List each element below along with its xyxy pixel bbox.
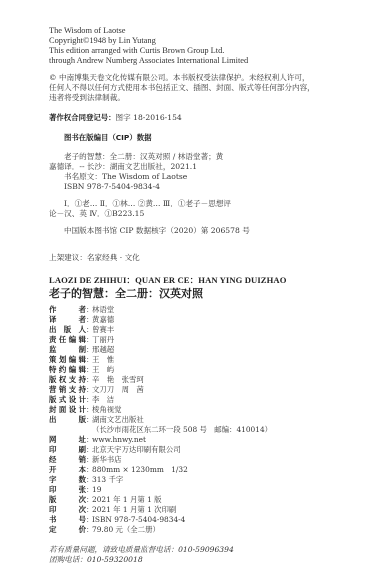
copyright-notice-line: 违者将受到法律制裁。 — [49, 93, 125, 103]
credit-row-translator: 译 者：黄嘉德 — [49, 315, 114, 325]
credit-label: 经 销 — [49, 455, 86, 465]
credit-row-publishing-house: 出 版：湖南文艺出版社 — [49, 415, 144, 425]
credit-row-price: 定 价：79.80 元（全二册） — [49, 525, 160, 535]
credit-value: 曾赛丰 — [92, 325, 114, 335]
credit-row-supervisor: 监 制：邢越超 — [49, 345, 114, 355]
credit-value: 2021 年 1 月第 1 版 — [92, 495, 162, 505]
title-chinese: 老子的智慧：全二册：汉英对照 — [49, 285, 203, 301]
credit-label: 书 号 — [49, 515, 86, 525]
credit-label: 封面设计 — [49, 405, 86, 415]
credit-value: 313 千字 — [92, 475, 123, 485]
credit-label: 印 次 — [49, 505, 86, 515]
credit-row-author: 作 者：林语堂 — [49, 305, 114, 315]
registration-label: 著作权合同登记号： — [49, 113, 116, 122]
english-arrangement-line: This edition arranged with Curtis Brown … — [49, 46, 224, 56]
cip-line: 嘉德译．-- 长沙：湖南文艺出版社，2021.1 — [49, 162, 197, 172]
credit-label: 监 制 — [49, 345, 86, 355]
copyright-notice-line: 任何人不得以任何方式使用本书包括正文、插图、封面、版式等任何部分内容， — [49, 83, 315, 93]
credit-row-layout-design: 版式设计：李 洁 — [49, 395, 114, 405]
credit-label — [49, 425, 86, 435]
credit-label: 作 者 — [49, 305, 86, 315]
credit-label: 版权支持 — [49, 375, 86, 385]
cip-classification-line: 论－汉、英 Ⅳ．①B223.15 — [49, 209, 144, 219]
credit-row-format: 开 本：880mm × 1230mm 1/32 — [49, 465, 188, 475]
credit-value: 辛 艳 张雪珂 — [92, 375, 144, 385]
group-purchase-phone: 团购电话：010-59320018 — [49, 555, 143, 565]
credit-row-printer: 印 刷：北京天宇万达印刷有限公司 — [49, 445, 181, 455]
copyright-notice-line: © 中南博集天卷文化传媒有限公司。本书版权受法律保护。未经权利人许可， — [49, 73, 310, 83]
quality-hotline: 若有质量问题，请致电质量监督电话：010-59096394 — [49, 545, 234, 555]
registration-line: 著作权合同登记号：图字 18-2016-154 — [49, 113, 182, 123]
credit-label: 特约编辑 — [49, 365, 86, 375]
credit-label: 译 者 — [49, 315, 86, 325]
credit-label: 开 本 — [49, 465, 86, 475]
credit-value: 文刀刀 周 茜 — [92, 385, 144, 395]
credit-value: 79.80 元（全二册） — [92, 525, 160, 535]
credit-value: 邢越超 — [92, 345, 114, 355]
credit-value: www.hnwy.net — [92, 435, 146, 445]
credit-value: 北京天宇万达印刷有限公司 — [92, 445, 181, 455]
credit-label: 字 数 — [49, 475, 86, 485]
credit-value: 林语堂 — [92, 305, 114, 315]
credit-value: （长沙市雨花区东二环一段 508 号 邮编：410014） — [92, 425, 272, 435]
credit-value: 棱角视觉 — [92, 405, 122, 415]
credit-label: 出 版 — [49, 415, 86, 425]
credit-label: 网 址 — [49, 435, 86, 445]
credit-row-rights-support: 版权支持：辛 艳 张雪珂 — [49, 375, 144, 385]
credit-row-editor: 责任编辑：丁丽丹 — [49, 335, 114, 345]
credit-value: 王 屿 — [92, 365, 114, 375]
credit-value: 李 洁 — [92, 395, 114, 405]
credit-row-distributor: 经 销：新华书店 — [49, 455, 122, 465]
credit-value: 19 — [92, 485, 101, 495]
credit-value: 湖南文艺出版社 — [92, 415, 144, 425]
cip-line: 老子的智慧：全二册：汉英对照 / 林语堂著；黄 — [64, 152, 223, 162]
cip-line: 书名原文：The Wisdom of Laotse — [64, 172, 187, 182]
credit-label: 版 次 — [49, 495, 86, 505]
registration-value: 图字 18-2016-154 — [116, 113, 182, 122]
credit-row-planning-editor: 策划编辑：王 惟 — [49, 355, 114, 365]
cip-library-record: 中国版本图书馆 CIP 数据核字（2020）第 206578 号 — [64, 226, 250, 236]
credit-value: 黄嘉德 — [92, 315, 114, 325]
credit-label: 定 价 — [49, 525, 86, 535]
credit-label: 出 版 人 — [49, 325, 86, 335]
credit-label: 印 刷 — [49, 445, 86, 455]
credit-row-publisher: 出 版 人：曾赛丰 — [49, 325, 114, 335]
credit-row-edition: 版 次：2021 年 1 月第 1 版 — [49, 495, 162, 505]
credit-value: ISBN 978-7-5404-9834-4 — [92, 515, 185, 525]
english-copyright-line: Copyright©1948 by Lin Yutang — [49, 36, 156, 46]
english-agency-line: through Andrew Numberg Associates Intern… — [49, 56, 248, 66]
credit-value: 880mm × 1230mm 1/32 — [92, 465, 188, 475]
credit-value: 2021 年 1 月第 1 次印刷 — [92, 505, 176, 515]
credit-row-contract-editor: 特约编辑：王 屿 — [49, 365, 114, 375]
credit-row-printing: 印 次：2021 年 1 月第 1 次印刷 — [49, 505, 176, 515]
credit-row-sheets: 印 张：19 — [49, 485, 101, 495]
credit-row-website: 网 址：www.hnwy.net — [49, 435, 146, 445]
credit-row-isbn: 书 号：ISBN 978-7-5404-9834-4 — [49, 515, 185, 525]
credit-value: 王 惟 — [92, 355, 114, 365]
credit-row-address: （长沙市雨花区东二环一段 508 号 邮编：410014） — [49, 425, 272, 435]
credit-row-word-count: 字 数：313 千字 — [49, 475, 123, 485]
cip-heading: 图书在版编目（CIP）数据 — [64, 133, 152, 143]
credit-label: 版式设计 — [49, 395, 86, 405]
credit-label: 营销支持 — [49, 385, 86, 395]
credit-label: 策划编辑 — [49, 355, 86, 365]
shelf-suggestion: 上架建议：名家经典 · 文化 — [49, 253, 140, 263]
credit-label: 印 张 — [49, 485, 86, 495]
credit-row-cover-design: 封面设计：棱角视觉 — [49, 405, 122, 415]
credit-row-marketing-support: 营销支持：文刀刀 周 茜 — [49, 385, 144, 395]
cip-line: ISBN 978-7-5404-9834-4 — [64, 182, 160, 192]
credit-value: 丁丽丹 — [92, 335, 114, 345]
cip-classification-line: Ⅰ．①老… Ⅱ．①林… ②黄… Ⅲ．①老子－思想评 — [64, 199, 231, 209]
credit-label: 责任编辑 — [49, 335, 86, 345]
credit-value: 新华书店 — [92, 455, 122, 465]
english-title-line: The Wisdom of Laotse — [49, 26, 126, 36]
